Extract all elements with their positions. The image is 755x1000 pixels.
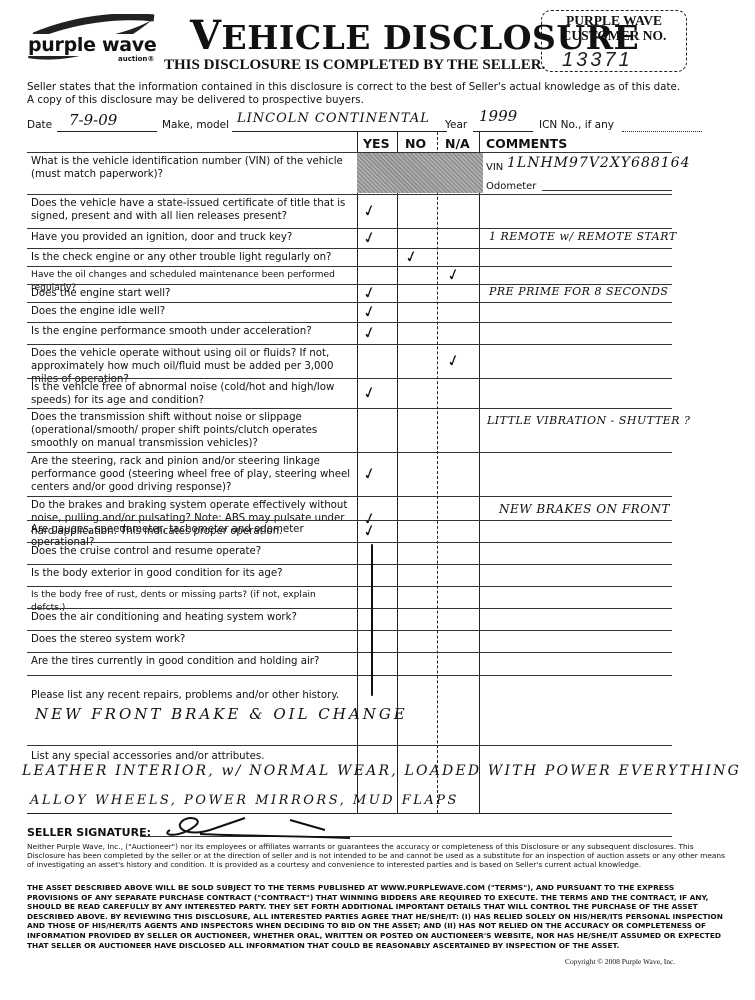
seller-statement: Seller states that the information conta… bbox=[27, 81, 680, 107]
check-mark-icon[interactable]: ✓ bbox=[445, 266, 462, 285]
check-mark-icon[interactable]: ✓ bbox=[361, 303, 378, 322]
comment-field[interactable]: NEW BRAKES ON FRONT bbox=[499, 502, 670, 516]
history-field[interactable]: NEW FRONT BRAKE & OIL CHANGE bbox=[35, 705, 408, 723]
page-subtitle: THIS DISCLOSURE IS COMPLETED BY THE SELL… bbox=[164, 57, 545, 74]
vin-field[interactable]: 1LNHM97V2XY688164 bbox=[507, 155, 690, 171]
date-label: Date bbox=[27, 119, 52, 131]
year-label: Year bbox=[445, 119, 467, 131]
accessories-label: List any special accessories and/or attr… bbox=[31, 751, 264, 762]
bracket-yes-mark bbox=[371, 544, 373, 696]
date-field[interactable]: 7-9-09 bbox=[69, 111, 117, 129]
logo-text: purple wave bbox=[26, 34, 158, 56]
comment-field[interactable]: LITTLE VIBRATION - SHUTTER ? bbox=[487, 414, 690, 427]
check-mark-icon[interactable]: ✓ bbox=[445, 352, 462, 371]
question-text: Does the transmission shift without nois… bbox=[31, 411, 353, 450]
question-text: Does the air conditioning and heating sy… bbox=[31, 611, 353, 624]
question-text: Is the vehicle free of abnormal noise (c… bbox=[31, 381, 353, 407]
odometer-field[interactable] bbox=[542, 190, 672, 191]
column-comments: COMMENTS bbox=[486, 136, 567, 151]
question-text: Does the engine start well? bbox=[31, 287, 353, 300]
check-mark-icon[interactable]: ✓ bbox=[361, 465, 378, 484]
question-text: Does the stereo system work? bbox=[31, 633, 353, 646]
year-field[interactable]: 1999 bbox=[479, 107, 517, 125]
question-text: Does the vehicle have a state-issued cer… bbox=[31, 197, 353, 223]
terms-text: THE ASSET DESCRIBED ABOVE WILL BE SOLD S… bbox=[27, 883, 727, 950]
check-mark-icon[interactable]: ✓ bbox=[361, 324, 378, 343]
vin-shaded-cells bbox=[357, 153, 483, 193]
make-model-field[interactable]: LINCOLN CONTINENTAL bbox=[237, 111, 430, 126]
comment-field[interactable]: PRE PRIME FOR 8 SECONDS bbox=[489, 285, 668, 298]
question-text: Does the cruise control and resume opera… bbox=[31, 545, 353, 558]
copyright-text: Copyright © 2008 Purple Wave, Inc. bbox=[565, 957, 675, 966]
question-text: Are the steering, rack and pinion and/or… bbox=[31, 455, 353, 494]
column-no: NO bbox=[405, 136, 426, 151]
column-yes: YES bbox=[363, 136, 390, 151]
question-text: Is the check engine or any other trouble… bbox=[31, 251, 353, 264]
check-mark-icon[interactable]: ✓ bbox=[361, 202, 378, 221]
check-mark-icon[interactable]: ✓ bbox=[403, 248, 420, 267]
seller-signature-label: SELLER SIGNATURE: bbox=[27, 826, 151, 839]
customer-number-value[interactable]: 13371 bbox=[562, 49, 633, 72]
check-mark-icon[interactable]: ✓ bbox=[361, 284, 378, 303]
question-text: Is the body exterior in good condition f… bbox=[31, 567, 353, 580]
accessories-line2[interactable]: ALLOY WHEELS, POWER MIRRORS, MUD FLAPS bbox=[30, 793, 459, 808]
history-label: Please list any recent repairs, problems… bbox=[31, 690, 339, 701]
icn-label: ICN No., if any bbox=[539, 119, 614, 131]
logo-subtext: auction® bbox=[118, 55, 154, 63]
check-mark-icon[interactable]: ✓ bbox=[361, 384, 378, 403]
purple-wave-logo: purple wave auction® bbox=[22, 14, 162, 62]
accessories-line1[interactable]: LEATHER INTERIOR, w/ NORMAL WEAR, LOADED… bbox=[22, 763, 741, 779]
odometer-label: Odometer bbox=[486, 181, 536, 192]
question-text: Have you provided an ignition, door and … bbox=[31, 231, 353, 244]
question-text: What is the vehicle identification numbe… bbox=[31, 155, 353, 181]
column-na: N/A bbox=[445, 136, 470, 151]
question-text: Does the engine idle well? bbox=[31, 305, 353, 318]
question-text: Is the engine performance smooth under a… bbox=[31, 325, 353, 338]
seller-signature-field[interactable] bbox=[150, 808, 370, 842]
check-mark-icon[interactable]: ✓ bbox=[361, 229, 378, 248]
disclosure-table: YES NO N/A COMMENTS VIN 1LNHM97V2XY68816… bbox=[27, 132, 672, 832]
make-model-label: Make, model bbox=[162, 119, 229, 131]
disclaimer-text: Neither Purple Wave, Inc., ("Auctioneer"… bbox=[27, 842, 727, 870]
question-text: Are the tires currently in good conditio… bbox=[31, 655, 353, 668]
comment-field[interactable]: 1 REMOTE w/ REMOTE START bbox=[489, 230, 677, 243]
customer-number-box: PURPLE WAVE CUSTOMER NO. 13371 bbox=[541, 10, 687, 72]
vin-label: VIN bbox=[486, 162, 503, 173]
